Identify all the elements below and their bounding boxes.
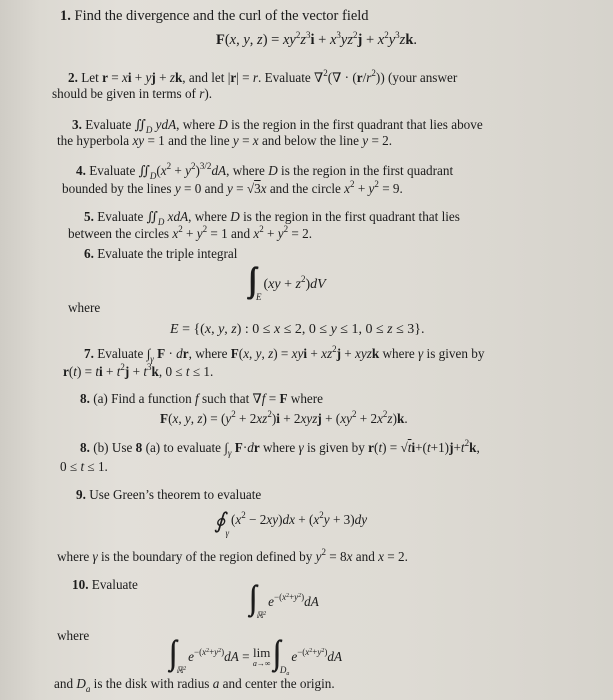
problem-number: 10. (72, 577, 88, 592)
evaluate-word: Evaluate (89, 163, 135, 178)
problem-8b-line1: 8. (b) Use 8 (a) to evaluate ∫γ F·dr whe… (80, 440, 480, 456)
problem-6-statement: 6. Evaluate the triple integral (84, 246, 237, 262)
problem-text: Find the divergence and the curl of the … (75, 8, 369, 24)
problem-text: Evaluate (92, 577, 138, 592)
where-label-2: where (57, 628, 89, 644)
problem-2-line1: 2. Let r = xi + yj + zk, and let |r| = r… (68, 70, 457, 86)
problem-5-line1: 5. Evaluate ∬D xdA, where D is the regio… (84, 209, 460, 225)
problem-5-line2: between the circles x2 + y2 = 1 and x2 +… (68, 226, 312, 242)
problem-number: 5. (84, 209, 94, 224)
problem-text: Use Green’s theorem to evaluate (89, 487, 261, 502)
problem-3-line1: 3. Evaluate ∬D ydA, where D is the regio… (72, 117, 483, 133)
evaluate-word: Evaluate (85, 117, 131, 132)
problem-10-integral: ∫∫ℝ2e−(x2+y2)dA (250, 590, 319, 623)
problem-8a-vector-field: F(x, y, z) = (y2 + 2xz2)i + 2xyzj + (xy2… (160, 411, 408, 427)
evaluate-word: Evaluate (97, 346, 143, 361)
problem-number: 6. (84, 246, 94, 261)
problem-number: 8. (80, 440, 90, 455)
evaluate-word: Evaluate (97, 209, 143, 224)
problem-4-line2: bounded by the lines y = 0 and y = √3x a… (62, 181, 403, 197)
problem-7-line2: r(t) = ti + t2j + t3k, 0 ≤ t ≤ 1. (63, 364, 213, 380)
problem-3-line2: the hyperbola xy = 1 and the line y = x … (57, 133, 392, 149)
problem-number: 2. (68, 70, 78, 85)
where-label: where (68, 300, 100, 316)
problem-part: (a) (93, 391, 108, 406)
problem-1-statement: 1. Find the divergence and the curl of t… (60, 8, 369, 24)
problem-8a-statement: 8. (a) Find a function f such that ∇f = … (80, 391, 323, 407)
problem-number: 7. (84, 346, 94, 361)
problem-7-line1: 7. Evaluate ∫γ F · dr, where F(x, y, z) … (84, 346, 484, 362)
problem-number: 8. (80, 391, 90, 406)
problem-number: 1. (60, 8, 71, 24)
problem-6-region: E = {(x, y, z) : 0 ≤ x ≤ 2, 0 ≤ y ≤ 1, 0… (170, 322, 425, 338)
problem-9-statement: 9. Use Green’s theorem to evaluate (76, 487, 261, 503)
problem-number: 3. (72, 117, 82, 132)
problem-4-line1: 4. Evaluate ∬D(x2 + y2)3/2dA, where D is… (76, 163, 453, 179)
problem-10-limit-identity: ∫∫ℝ2e−(x2+y2)dA = lima→∞ ∫∫Dae−(x2+y2)dA (170, 645, 342, 678)
problem-text: Find a function (111, 391, 192, 406)
problem-number: 4. (76, 163, 86, 178)
problem-text: Evaluate the triple integral (97, 246, 237, 261)
problem-number: 9. (76, 487, 86, 502)
problem-9-line-integral: ∮γ(x2 − 2xy)dx + (x2y + 3)dy (214, 512, 367, 541)
problem-10-disk-definition: and Da is the disk with radius a and cen… (54, 676, 335, 692)
problem-2-line2: should be given in terms of r). (52, 86, 212, 102)
problem-1-vector-field: F(x, y, z) = xy2z3i + x3yz2j + x2y3zk. (0, 32, 613, 48)
problem-6-integral: ∫∫∫E(xy + z2)dV (250, 272, 326, 305)
problem-8b-line2: 0 ≤ t ≤ 1. (60, 459, 108, 475)
problem-10-statement: 10. Evaluate (72, 577, 138, 593)
problem-9-boundary: where γ is the boundary of the region de… (57, 549, 408, 565)
problem-sheet: 1. Find the divergence and the curl of t… (0, 0, 613, 700)
